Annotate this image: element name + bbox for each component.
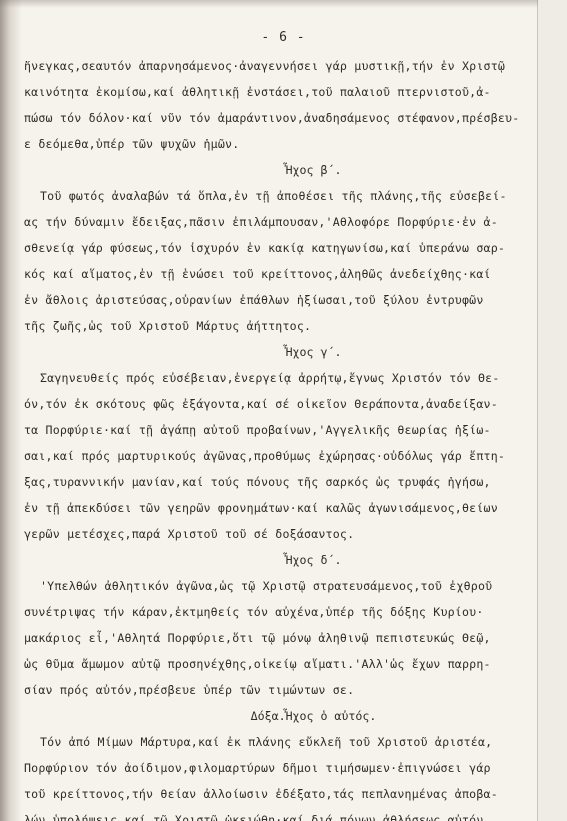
text-line: τοῦ κρείττονος,τήν θείαν ἀλλοίωσιν ἐδέξα… — [24, 787, 498, 801]
text-line: πώσω τόν δόλον·καί νῦν τόν ἀμαράντινον,ἀ… — [24, 111, 519, 125]
text-line: τα Πορφύριε·καί τῇ ἀγάπῃ αὐτοῦ προβαίνων… — [24, 423, 491, 437]
page-fold-line — [537, 0, 538, 821]
text-line: ἐν τῇ ἀπεκδύσει τῶν γεηρῶν φρονημάτων·κα… — [24, 501, 498, 515]
text-line: καινότητα ἐκομίσω,καί ἀθλητικῇ ἐνστάσει,… — [24, 85, 491, 99]
text-line: λών ὑπολήψεις,καί τῷ Χριστῷ ᾠκειώθη·καί … — [24, 813, 484, 821]
text-line: 'Υπελθών ἀθλητικόν ἀγῶνα,ὡς τῷ Χριστῷ στ… — [40, 579, 492, 593]
text-line: σίαν πρός αὐτόν,πρέσβευε ὑπέρ τῶν τιμώντ… — [24, 683, 354, 697]
text-line: Τοῦ φωτός ἀναλαβών τά ὅπλα,ἐν τῇ ἀποθέσε… — [40, 189, 507, 203]
section-heading-echos-b: Ἦχος β΄. — [0, 163, 567, 177]
text-line: σθενείᾳ γάρ φύσεως,τόν ἰσχυρόν ἐν κακίᾳ … — [24, 241, 505, 255]
page-number: - 6 - — [0, 30, 567, 45]
section-heading-echos-d: Ἦχος δ΄. — [0, 553, 567, 567]
text-line: ἐν ἄθλοις ἀριστεύσας,οὐρανίων ἐπάθλων ἠξ… — [24, 293, 484, 307]
text-line: ξας,τυραννικήν μανίαν,καί τούς πόνους τῆ… — [24, 475, 491, 489]
text-line: μακάριος εἶ,'Αθλητά Πορφύριε,ὅτι τῷ μόνῳ… — [24, 631, 491, 645]
text-line: κός καί αἵματος,ἐν τῇ ἑνώσει τοῦ κρείττο… — [24, 267, 491, 281]
text-line: γερῶν μετέσχες,παρά Χριστοῦ τοῦ σέ δοξάσ… — [24, 527, 354, 541]
page-right-margin — [538, 0, 567, 821]
text-line: Πορφύριον τόν ἀοίδιμον,φιλομαρτύρων δῆμο… — [24, 761, 491, 775]
text-line: όν,τόν ἐκ σκότους φῶς ἐξάγοντα,καί σέ οἰ… — [24, 397, 498, 411]
text-line: Σαγηνευθείς πρός εὐσέβειαν,ἐνεργείᾳ ἀρρή… — [40, 371, 500, 385]
text-line: συνέτριψας τήν κάραν,ἐκτμηθείς τόν αὐχέν… — [24, 605, 484, 619]
text-line: ας τήν δύναμιν ἔδειξας,πᾶσιν ἐπιλάμπουσα… — [24, 215, 498, 229]
section-heading-doxa: Δόξα.Ἦχος ὁ αὐτός. — [0, 709, 567, 723]
text-line: ὡς θῦμα ἄμωμον αὐτῷ προσηνέχθης,οἰκείῳ α… — [24, 657, 491, 671]
text-line: ε δεόμεθα,ὑπέρ τῶν ψυχῶν ἡμῶν. — [24, 137, 239, 151]
text-line: Τόν ἀπό Μίμων Μάρτυρα,καί ἐκ πλάνης εὔκλ… — [40, 735, 492, 749]
text-line: ἤνεγκας,σεαυτόν ἀπαρνησάμενος·ἀναγεννήσε… — [24, 59, 505, 73]
section-heading-echos-g: Ἦχος γ΄. — [0, 345, 567, 359]
text-line: σαι,καί πρός μαρτυρικούς ἀγῶνας,προθύμως… — [24, 449, 505, 463]
text-line: τῆς ζωῆς,ὡς τοῦ Χριστοῦ Μάρτυς ἀήττητος. — [24, 319, 311, 333]
